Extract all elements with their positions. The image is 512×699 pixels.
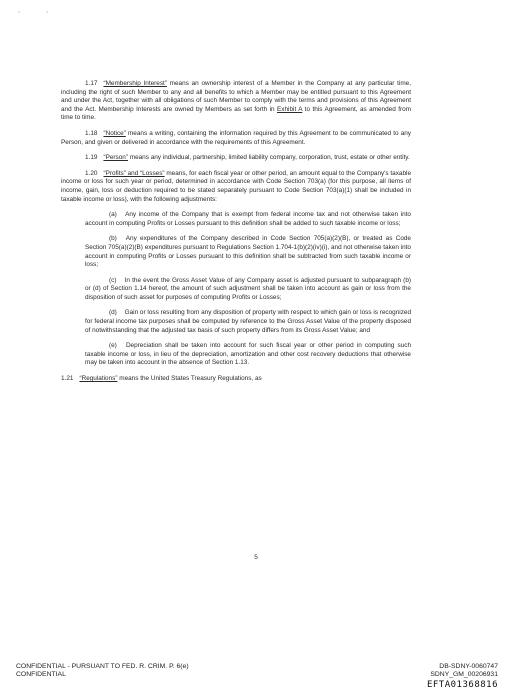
bates-number-db: DB-SDNY-0060747 xyxy=(427,663,498,671)
scan-artifact xyxy=(46,11,48,13)
defined-term: “Person” xyxy=(103,154,128,161)
subsection-label: (e) xyxy=(109,342,117,349)
subsection-text: Depreciation shall be taken into account… xyxy=(85,342,411,366)
document-page: 1.17“Membership Interest” means an owner… xyxy=(0,0,512,699)
section-1-18: 1.18“Notice” means a writing, containing… xyxy=(61,130,411,147)
bates-number-efta: EFTA01368816 xyxy=(427,680,498,690)
section-1-17: 1.17“Membership Interest” means an owner… xyxy=(61,80,411,123)
defined-term: “Notice” xyxy=(103,130,125,137)
confidential-notice: CONFIDENTIAL - PURSUANT TO FED. R. CRIM.… xyxy=(16,663,189,671)
document-body: 1.17“Membership Interest” means an owner… xyxy=(61,80,411,391)
bates-number-sdny: SDNY_GM_00206931 xyxy=(427,671,498,679)
section-number: 1.21 xyxy=(61,375,73,382)
defined-term: “Membership Interest” xyxy=(103,80,166,87)
subsection-label: (a) xyxy=(109,211,117,218)
subsection-label: (b) xyxy=(109,235,117,242)
subsection-label: (c) xyxy=(109,277,116,284)
defined-term: “Regulations” xyxy=(79,375,117,382)
section-1-20: 1.20“Profits” and “Losses” means, for ea… xyxy=(61,170,411,204)
subsection-a: (a) Any income of the Company that is ex… xyxy=(61,211,411,228)
defined-term: “Profits” and “Losses” xyxy=(103,170,164,177)
subsection-c: (c) In the event the Gross Asset Value o… xyxy=(61,277,411,303)
footer-right: DB-SDNY-0060747 SDNY_GM_00206931 EFTA013… xyxy=(427,663,498,690)
section-1-21: 1.21“Regulations” means the United State… xyxy=(61,375,411,384)
footer-left: CONFIDENTIAL - PURSUANT TO FED. R. CRIM.… xyxy=(16,663,189,680)
section-number: 1.17 xyxy=(85,80,97,87)
subsection-text: Any income of the Company that is exempt… xyxy=(85,211,411,227)
section-number: 1.19 xyxy=(85,154,97,161)
subsection-text: Any expenditures of the Company describe… xyxy=(85,235,411,268)
subsection-label: (d) xyxy=(109,309,117,316)
subsection-e: (e) Depreciation shall be taken into acc… xyxy=(61,342,411,368)
subsection-text: Gain or loss resulting from any disposit… xyxy=(85,309,411,333)
section-number: 1.20 xyxy=(85,170,97,177)
subsection-d: (d) Gain or loss resulting from any disp… xyxy=(61,309,411,335)
section-text: means the United States Treasury Regulat… xyxy=(117,375,261,382)
section-number: 1.18 xyxy=(85,130,97,137)
page-number: 5 xyxy=(0,554,512,561)
scan-artifact xyxy=(18,11,20,13)
section-1-19: 1.19“Person” means any individual, partn… xyxy=(61,154,411,163)
exhibit-reference: Exhibit A xyxy=(277,106,302,113)
confidential-label: CONFIDENTIAL xyxy=(16,671,189,679)
subsection-b: (b) Any expenditures of the Company desc… xyxy=(61,235,411,269)
section-text: means any individual, partnership, limit… xyxy=(128,154,410,161)
subsection-text: In the event the Gross Asset Value of an… xyxy=(85,277,411,301)
